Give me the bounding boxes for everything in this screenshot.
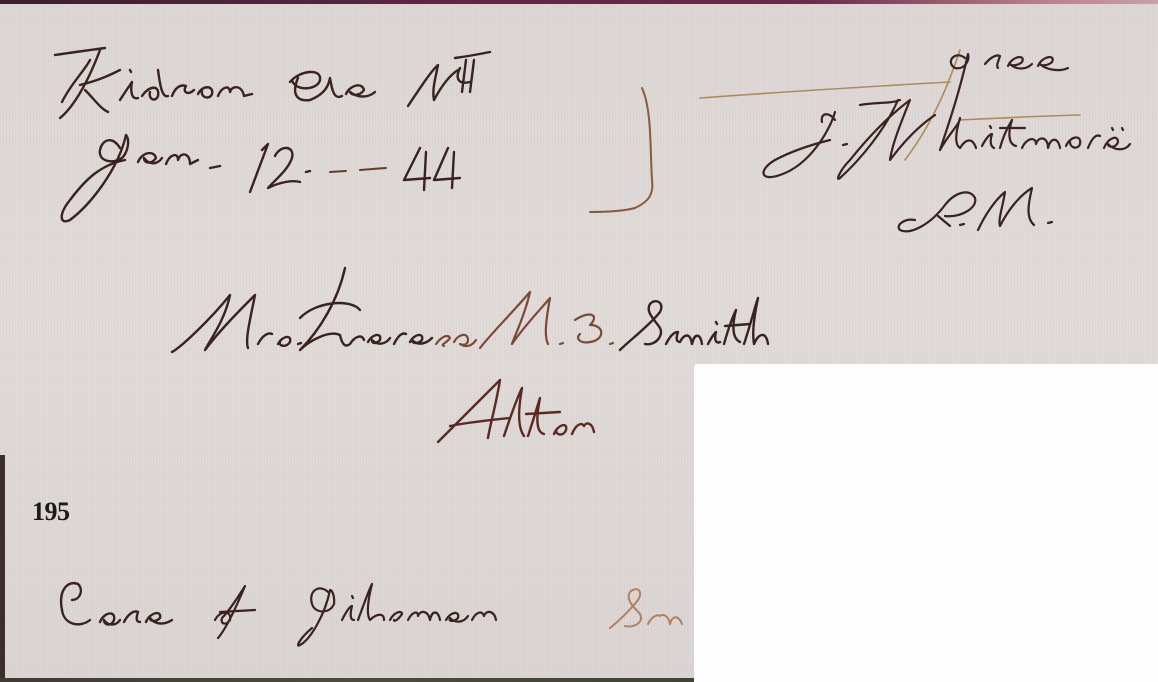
town-handwriting	[430, 370, 700, 460]
scanned-cover-page: Kidron Che Natt	[0, 0, 1158, 682]
left-border-edge	[0, 455, 5, 682]
franking-handwriting	[660, 20, 1158, 240]
bottom-border-edge	[0, 678, 694, 682]
white-overlay-block	[694, 364, 1158, 682]
postmark-handwriting	[30, 30, 670, 220]
page-number: 195	[32, 497, 70, 527]
top-border-edge	[0, 0, 1158, 4]
addressee-handwriting	[150, 240, 1070, 380]
care-of-handwriting	[50, 570, 700, 660]
